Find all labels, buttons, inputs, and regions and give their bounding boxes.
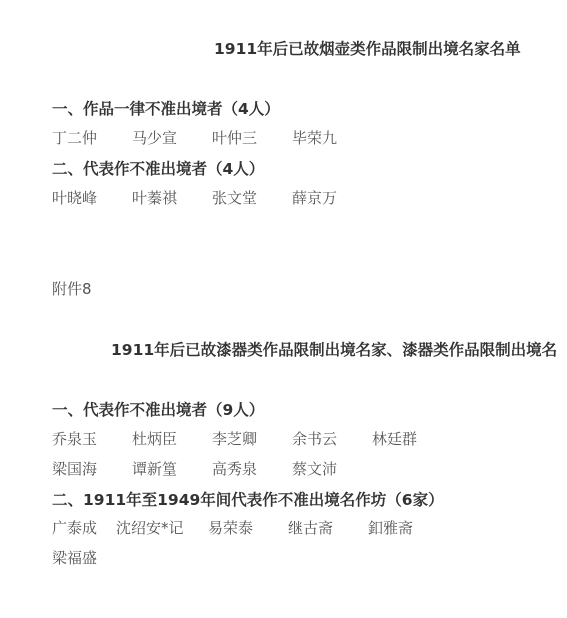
doc2-section2-heading: 二、1911年至1949年间代表作不准出境名作坊（6家） bbox=[52, 488, 444, 510]
list-item: 沈绍安*记 bbox=[116, 517, 184, 538]
list-item: 梁福盛 bbox=[52, 547, 97, 568]
list-item: 广泰成 bbox=[52, 517, 97, 538]
list-item: 杜炳臣 bbox=[132, 428, 177, 449]
doc1-title: 1911年后已故烟壶类作品限制出境名家名单 bbox=[214, 37, 521, 59]
list-item: 梁国海 bbox=[52, 458, 97, 479]
list-item: 余书云 bbox=[292, 428, 337, 449]
list-item: 釦雅斋 bbox=[368, 517, 413, 538]
attachment-label: 附件8 bbox=[52, 278, 92, 299]
list-item: 继古斋 bbox=[288, 517, 333, 538]
list-item: 叶仲三 bbox=[212, 127, 257, 148]
list-item: 林廷群 bbox=[372, 428, 417, 449]
list-item: 易荣泰 bbox=[208, 517, 253, 538]
list-item: 李芝卿 bbox=[212, 428, 257, 449]
doc2-section1-heading: 一、代表作不准出境者（9人） bbox=[52, 398, 264, 420]
doc2-title: 1911年后已故漆器类作品限制出境名家、漆器类作品限制出境名 bbox=[111, 338, 557, 360]
list-item: 谭新篁 bbox=[132, 458, 177, 479]
list-item: 乔泉玉 bbox=[52, 428, 97, 449]
list-item: 蔡文沛 bbox=[292, 458, 337, 479]
list-item: 叶晓峰 bbox=[52, 187, 97, 208]
list-item: 叶蓁祺 bbox=[132, 187, 177, 208]
list-item: 高秀泉 bbox=[212, 458, 257, 479]
doc1-section1-heading: 一、作品一律不准出境者（4人） bbox=[52, 97, 280, 119]
list-item: 张文堂 bbox=[212, 187, 257, 208]
list-item: 薛京万 bbox=[292, 187, 337, 208]
list-item: 毕荣九 bbox=[292, 127, 337, 148]
list-item: 丁二仲 bbox=[52, 127, 97, 148]
list-item: 马少宣 bbox=[132, 127, 177, 148]
doc1-section2-heading: 二、代表作不准出境者（4人） bbox=[52, 157, 264, 179]
